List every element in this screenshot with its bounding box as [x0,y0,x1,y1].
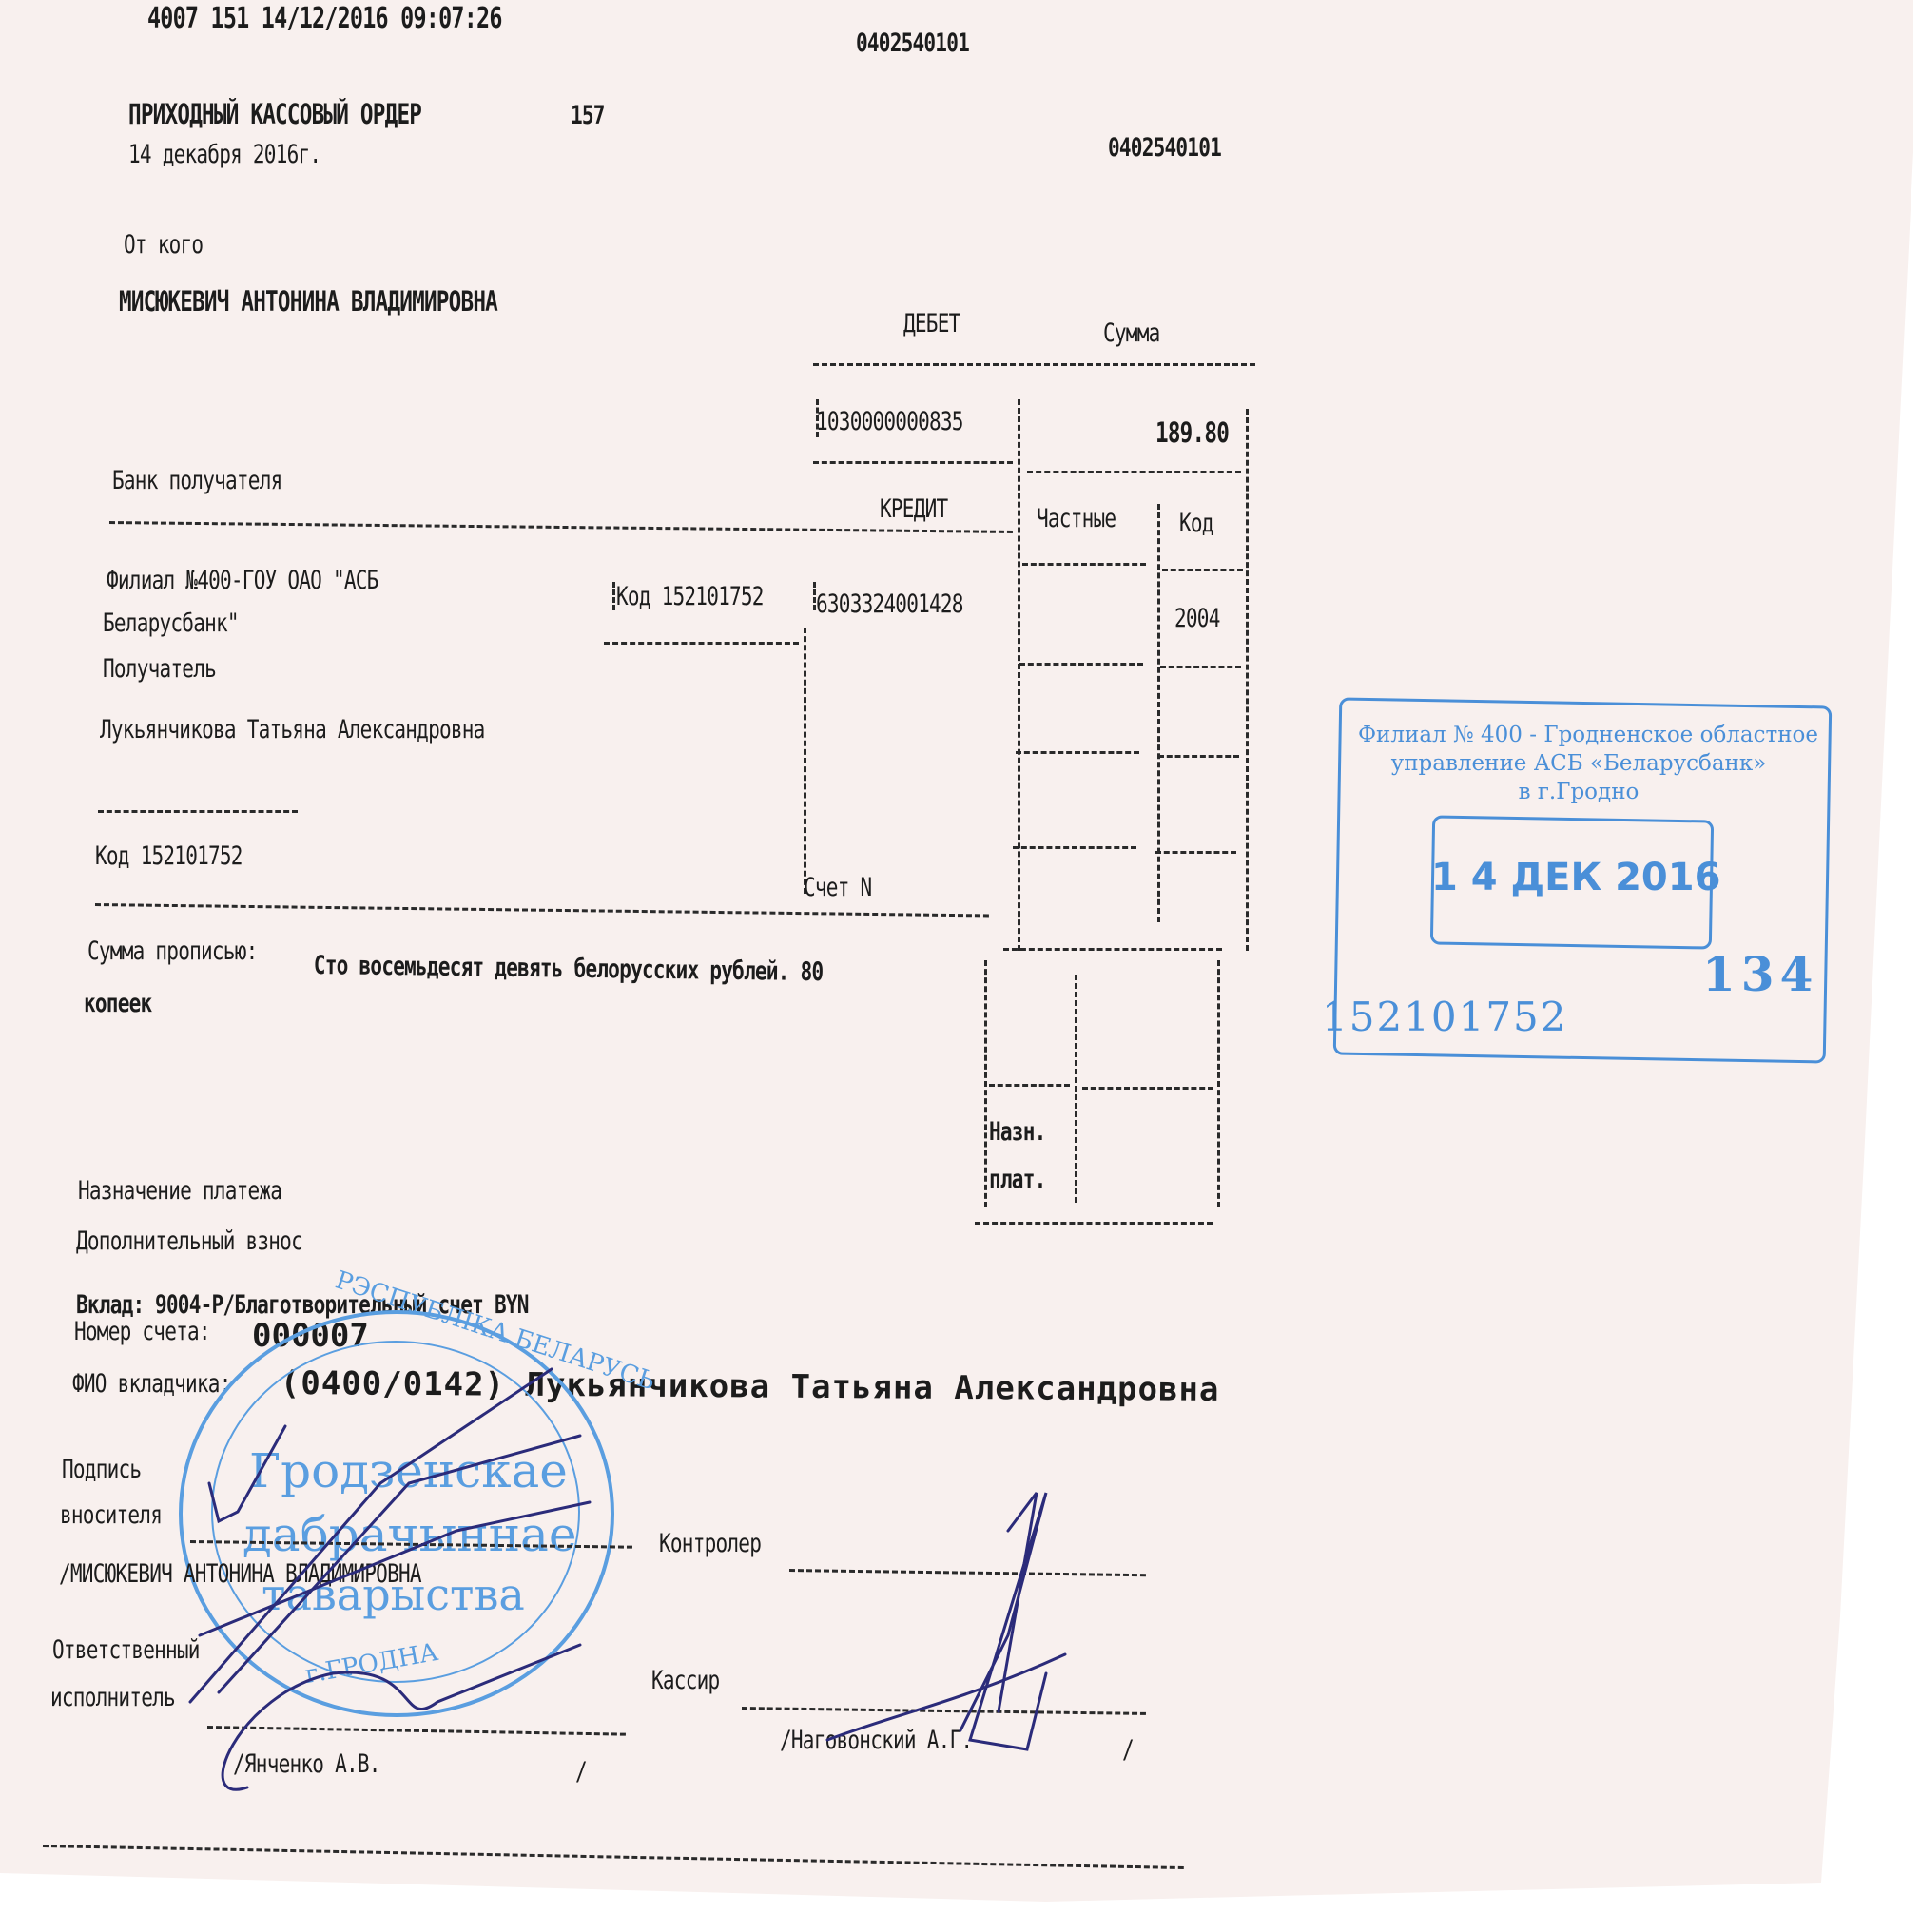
divider [975,1222,1213,1225]
divider [816,399,819,437]
divider [804,628,806,894]
depositor-label: ФИО вкладчика: [72,1369,231,1399]
bank-stamp-date: 1 4 ДЕК 2016 [1431,856,1707,899]
responsible-name: /Янченко А.В. [233,1749,380,1779]
bank-stamp-line2: управление АСБ «Беларусбанк» [1341,751,1816,776]
divider [984,960,987,1207]
amount-words-label: Сумма прописью: [87,937,257,966]
document-title: ПРИХОДНЫЙ КАССОВЫЙ ОРДЕР [128,98,421,130]
recipient-code: Код 152101752 [95,841,243,871]
purpose-box-line1: Назн. [989,1117,1045,1147]
divider [1246,409,1249,951]
divider [989,1084,1070,1087]
bank-label: Банк получателя [112,466,281,495]
header-line: 4007 151 14/12/2016 09:07:26 [147,2,502,35]
bank-code: Код 152101752 [616,582,764,611]
code-header: Код [1179,509,1213,538]
divider [612,582,615,610]
recipient-label: Получатель [103,654,216,684]
document-date: 14 декабря 2016г. [128,140,320,169]
amount-words-line2: копеек [84,989,151,1018]
payer-label: От кого [124,230,203,260]
divider [1003,948,1222,951]
divider [1019,663,1143,666]
purpose-label: Назначение платежа [78,1176,281,1206]
private-header: Частные [1037,504,1116,533]
payer-signature-label1: Подпись [62,1455,141,1484]
responsible-label2: исполнитель [50,1683,175,1712]
payer-name: МИСЮКЕВИЧ АНТОНИНА ВЛАДИМИРОВНА [119,285,497,318]
recipient-name: Лукьянчикова Татьяна Александровна [100,715,485,744]
divider [1157,504,1160,922]
credit-header: КРЕДИТ [880,494,947,524]
divider [98,810,298,813]
sum-header: Сумма [1103,319,1159,348]
divider [604,642,799,645]
cashier-name: /Наговонский А.Г. [780,1726,972,1755]
cashier-label: Кассир [651,1666,719,1695]
bank-stamp-line3: в г.Гродно [1341,780,1816,804]
payer-name-line: /МИСЮКЕВИЧ АНТОНИНА ВЛАДИМИРОВНА [59,1559,421,1589]
code-right: 0402540101 [1108,133,1221,163]
code-top: 0402540101 [856,29,969,58]
divider [1022,563,1146,566]
divider [1160,666,1241,668]
payer-signature-label2: вносителя [60,1500,162,1530]
account-number-label: Номер счета: [74,1317,210,1346]
divider [1018,399,1020,951]
divider [1027,471,1241,473]
divider [1075,975,1077,1203]
round-stamp-line2: дабрачыннае [243,1507,576,1562]
purpose-box-line2: плат. [989,1165,1045,1194]
divider [813,363,1255,366]
debit-header: ДЕБЕТ [903,309,960,338]
credit-account: 6303324001428 [816,589,963,619]
round-stamp-line1: Гродзенскае [249,1443,568,1498]
debit-account: 1030000000835 [816,407,963,436]
deposit-label: Вклад: [76,1290,144,1320]
account-no-label: Счет N [804,873,871,902]
bank-name-line2: Беларусбанк" [103,609,239,638]
responsible-end: / [575,1757,587,1787]
divider [813,582,816,610]
divider [813,461,1013,464]
divider [1016,751,1139,754]
bank-stamp-line1: Филиал № 400 - Гродненское областное [1341,723,1835,747]
divider [1217,960,1220,1207]
debit-amount: 189.80 [1155,416,1229,449]
bank-stamp-code: 152101752 [1322,994,1568,1040]
controller-label: Контролер [659,1529,761,1558]
divider [1162,569,1243,571]
responsible-label1: Ответственный [52,1635,200,1665]
bank-stamp-number: 134 [1702,946,1818,1002]
divider [1013,846,1136,849]
divider [1158,755,1239,758]
order-number: 157 [571,101,605,130]
purpose-line1: Дополнительный взнос [76,1227,302,1256]
divider [1155,851,1236,854]
cashier-end: / [1122,1735,1134,1765]
credit-code-value: 2004 [1174,604,1220,633]
divider [1082,1087,1213,1090]
bank-name-line1: Филиал №400-ГОУ ОАО "АСБ [107,566,378,595]
